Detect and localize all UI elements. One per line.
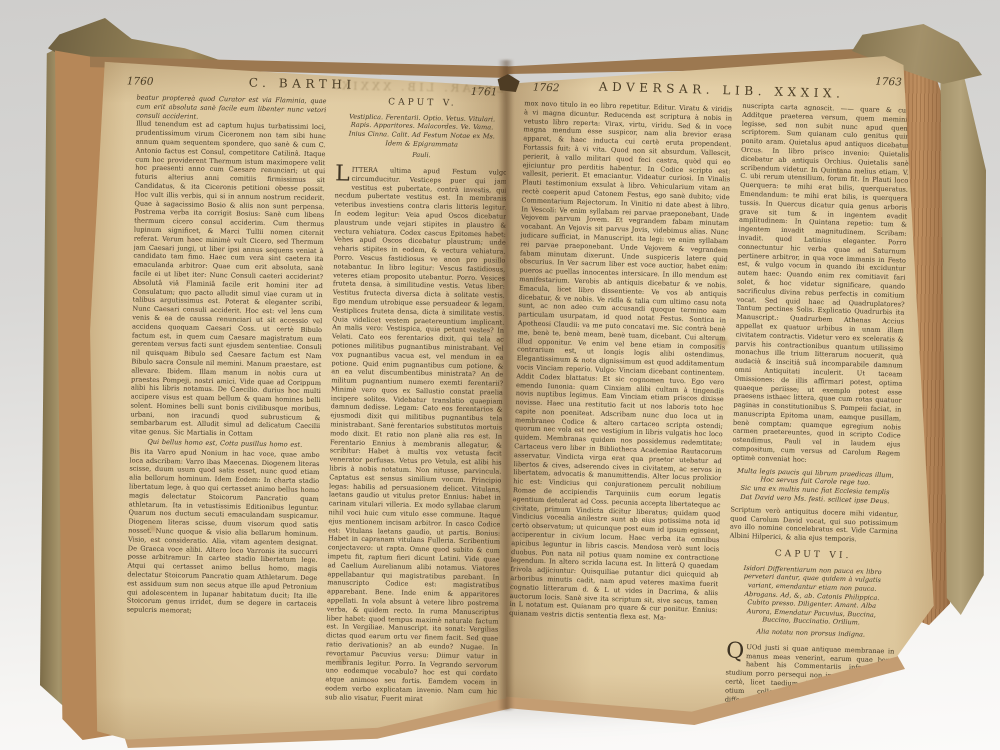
foxing-spot bbox=[148, 525, 157, 532]
paragraph: mox novo titulo in eo libro repetitur. E… bbox=[509, 99, 732, 624]
column-1760: beatur proptereà quod Curator est via Fl… bbox=[127, 94, 327, 618]
right-page-content: 1762 ADVERSAR. LIB. XXXIX. 1763 mox novo… bbox=[506, 48, 938, 728]
column-1763: nuscripta carta agnoscit. —— quare & cui… bbox=[724, 102, 910, 723]
left-page-content: ADVERSAR. LIB. XXXIX. 1760 C. BARTHI 176… bbox=[88, 55, 508, 745]
paragraph-with-dropcap: LITTERA ultima apud Festum vulgo circumd… bbox=[325, 165, 507, 705]
chapter-argument-tail: Pauli. bbox=[335, 150, 507, 162]
body-text: ITTERA ultima apud Festum vulgo circumdu… bbox=[325, 166, 507, 703]
page-number-1763: 1763 bbox=[875, 76, 902, 89]
column-1761: CAPUT V. Vestiplica. Ferentarii. Optio. … bbox=[325, 93, 508, 718]
drop-cap-Q: Q bbox=[726, 642, 747, 661]
paragraph: nuscripta carta agnoscit. —— quare & cui… bbox=[732, 102, 911, 467]
foxing-spot bbox=[338, 655, 348, 663]
paragraph: Bis ita Varro apud Nonium in hac voce, q… bbox=[127, 447, 320, 617]
book-gutter-shadow bbox=[498, 60, 514, 710]
foxing-spot bbox=[836, 168, 842, 174]
running-title-right: ADVERSAR. LIB. XXXIX. bbox=[599, 79, 845, 100]
running-title-left: C. BARTHI bbox=[249, 76, 356, 92]
epigram-verse: Multa legis paucis qui librum praedicas … bbox=[731, 466, 900, 506]
paragraph: Scriptum verò antiquitus docere mihi vid… bbox=[729, 505, 898, 545]
column-1762: mox novo titulo in eo libro repetitur. E… bbox=[506, 99, 732, 717]
chapter-argument: Isidori Differentiarum non pauca ex libr… bbox=[737, 564, 887, 629]
left-page: ADVERSAR. LIB. XXXIX. 1760 C. BARTHI 176… bbox=[88, 55, 508, 745]
paragraph: beatur proptereà quod Curator est via Fl… bbox=[136, 94, 326, 124]
chapter-argument: Vestiplica. Ferentarii. Optio. Vetus. Vi… bbox=[346, 112, 499, 149]
chapter-heading-caput-v: CAPUT V. bbox=[336, 97, 508, 109]
photo-background: ADVERSAR. LIB. XXXIX. 1760 C. BARTHI 176… bbox=[0, 0, 1000, 750]
foxing-spot bbox=[716, 338, 728, 346]
chapter-argument-tail: Alia notatu non prorsus indigna. bbox=[727, 626, 895, 640]
chapter-heading-caput-vi: CAPUT VI. bbox=[729, 549, 897, 563]
drop-cap-L: L bbox=[335, 165, 352, 183]
page-number-1760: 1760 bbox=[127, 75, 154, 88]
page-number-1762: 1762 bbox=[533, 82, 560, 95]
right-page: 1762 ADVERSAR. LIB. XXXIX. 1763 mox novo… bbox=[506, 48, 938, 728]
paragraph: Illud tenendum est ad captum hujus turba… bbox=[130, 120, 326, 440]
